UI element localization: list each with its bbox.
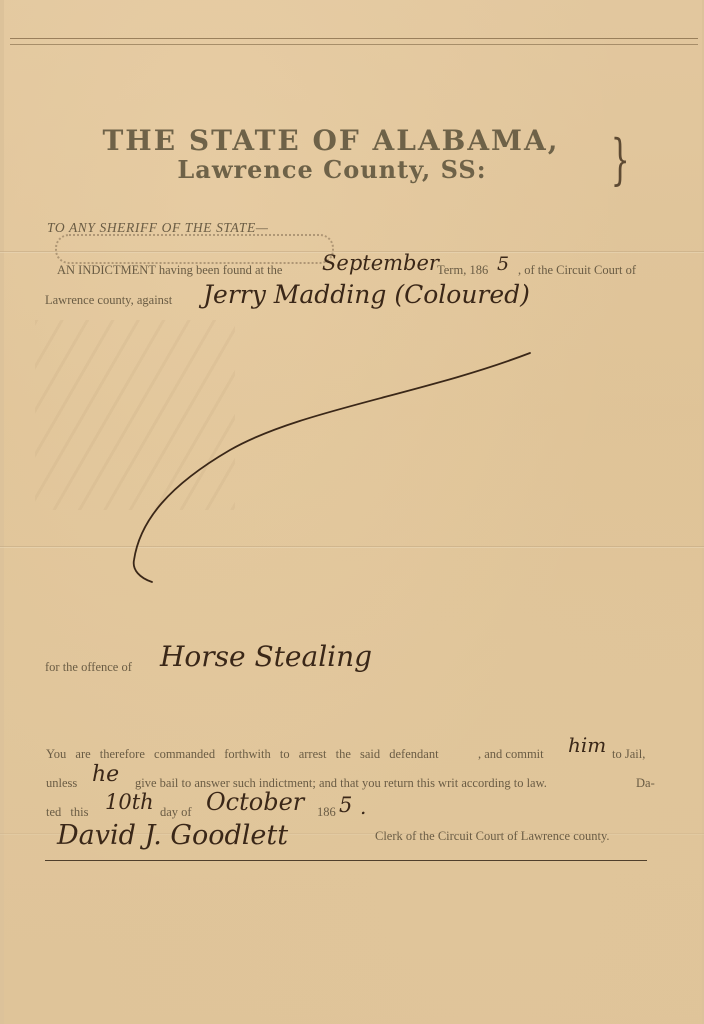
ink-stamp-smudge: [55, 234, 334, 264]
year-prefix: 186: [317, 805, 336, 820]
county-against: Lawrence county, against: [45, 293, 172, 308]
pronoun-he: he: [92, 762, 119, 787]
fold-line: [0, 546, 704, 548]
defendant-name: Jerry Madding (Coloured): [203, 280, 530, 309]
offence-label: for the offence of: [45, 660, 132, 675]
year-digit: 5: [339, 793, 352, 817]
date-month: October: [206, 788, 304, 816]
indictment-prefix: AN INDICTMENT having been found at the: [57, 263, 282, 278]
brace-mark: }: [611, 128, 630, 191]
clerk-signature: David J. Goodlett: [57, 820, 288, 851]
command-commit: , and commit: [478, 747, 544, 762]
term-label: Term, 186: [437, 263, 488, 278]
document-heading: THE STATE OF ALABAMA, Lawrence County, S…: [0, 124, 704, 184]
command-line2: give bail to answer such indictment; and…: [135, 776, 547, 791]
term-year-digit: 5: [497, 253, 509, 275]
heading-state: THE STATE OF ALABAMA,: [0, 124, 704, 157]
heading-county: Lawrence County, SS:: [0, 155, 704, 184]
command-line1: You are therefore commanded forthwith to…: [46, 747, 439, 762]
bleed-through-marks: [35, 320, 235, 510]
to-jail: to Jail,: [612, 747, 645, 762]
clerk-title: Clerk of the Circuit Court of Lawrence c…: [375, 829, 610, 844]
date-hyphen: Da-: [636, 776, 655, 791]
offence-value: Horse Stealing: [160, 640, 372, 673]
term-month-handwritten: September: [322, 251, 439, 275]
dated-this: ted this: [46, 805, 88, 820]
year-end: .: [360, 795, 366, 819]
unless-label: unless: [46, 776, 77, 791]
signature-rule: [45, 860, 647, 861]
top-double-rule: [10, 38, 698, 45]
day-of: day of: [160, 805, 192, 820]
date-day: 10th: [105, 790, 154, 814]
court-suffix: , of the Circuit Court of: [518, 263, 636, 278]
pronoun-him: him: [568, 733, 606, 757]
